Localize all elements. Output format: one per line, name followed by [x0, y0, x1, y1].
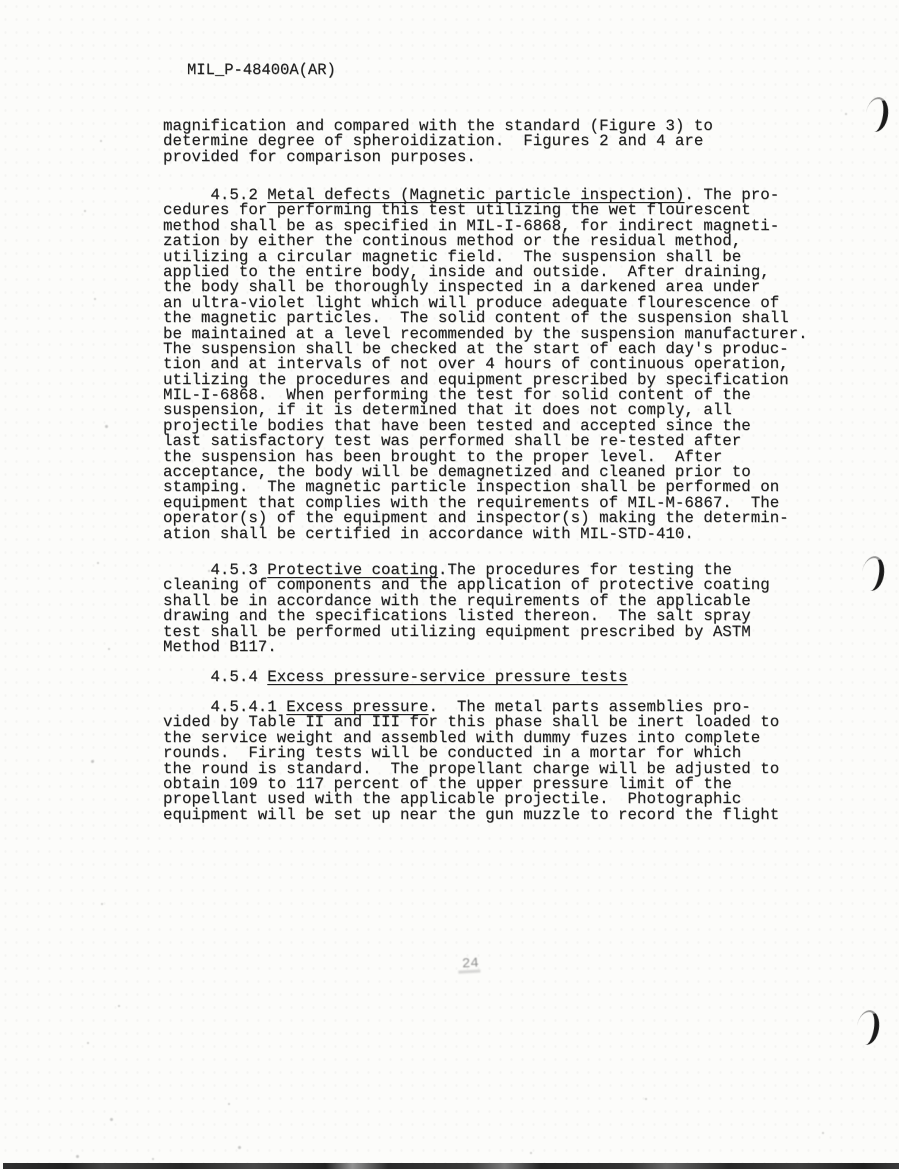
scan-speck: [84, 210, 86, 212]
text-line: 4.5.4 Excess pressure-service pressure t…: [163, 670, 628, 685]
scan-speck: [100, 140, 102, 142]
page-curl-mark-icon: [863, 95, 890, 133]
text-line: equipment will be set up near the gun mu…: [163, 808, 779, 823]
paragraph-sec-4-5-4-1: 4.5.4.1 Excess pressure. The metal parts…: [163, 700, 779, 823]
paragraph-sec-4-5-2: 4.5.2 Metal defects (Magnetic particle i…: [163, 188, 808, 542]
scan-speck: [822, 1132, 824, 1134]
scan-speck: [76, 1155, 79, 1158]
scan-speck: [238, 1146, 241, 1149]
scan-speck: [108, 648, 110, 650]
paragraph-intro: magnification and compared with the stan…: [163, 119, 713, 165]
scan-speck: [101, 903, 103, 905]
scan-speck: [645, 1098, 647, 1100]
document-id-header: MIL_P-48400A(AR): [187, 62, 336, 78]
scanned-document-page: MIL_P-48400A(AR) magnification and compa…: [0, 0, 899, 1170]
page-curl-mark-icon: [859, 554, 886, 592]
text-line: provided for comparison purposes.: [163, 150, 713, 165]
scan-speck: [94, 298, 96, 300]
page-curl-mark-icon: [854, 1008, 881, 1046]
page-number: 24: [462, 956, 480, 973]
text-line: Method B117.: [163, 640, 770, 655]
scan-speck: [228, 1103, 230, 1105]
scan-speck: [208, 570, 210, 572]
paragraph-sec-4-5-4-heading: 4.5.4 Excess pressure-service pressure t…: [163, 670, 628, 685]
scan-speck: [110, 1118, 113, 1121]
scan-speck: [845, 113, 847, 115]
scan-speck: [87, 1042, 89, 1044]
text-line: ation shall be certified in accordance w…: [163, 527, 808, 542]
scan-speck: [118, 1005, 120, 1007]
scan-speck: [530, 1152, 532, 1154]
scan-edge-bar: [3, 1163, 899, 1169]
scan-speck: [91, 760, 94, 763]
paragraph-sec-4-5-3: 4.5.3 Protective coating.The procedures …: [163, 563, 770, 655]
scan-speck: [97, 562, 99, 564]
scan-speck: [105, 425, 108, 428]
scan-speck: [152, 1158, 154, 1160]
